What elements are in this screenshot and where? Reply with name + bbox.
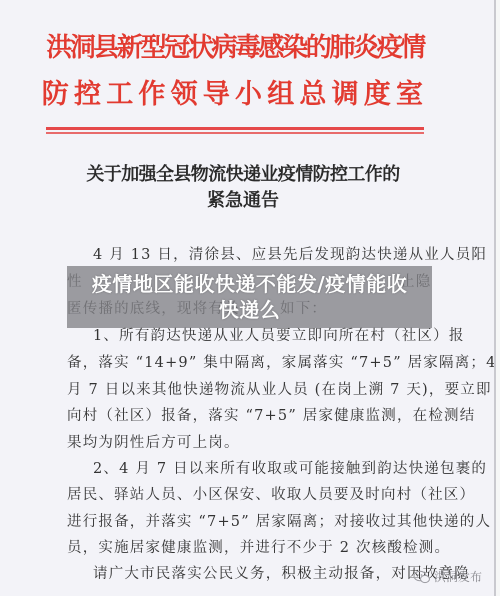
- notice-title-line2: 紧急通告: [0, 186, 486, 212]
- body-line: 向村（社区）报备，落实 “7+5” 居家健康监测，在检测结: [67, 404, 423, 425]
- body-line: 月 7 日以来其他快递物流从业人员 (在岗上溯 7 天)，要立即: [67, 378, 423, 399]
- wechat-icon: [413, 570, 431, 584]
- body-line: 2、4 月 7 日以来所有收取或可能接触到韵达快递包裹的: [93, 457, 423, 478]
- issuer-header-line1: 洪洞县新型冠状病毒感染的肺炎疫情: [0, 27, 470, 64]
- body-line: 员，实施居家健康监测，并进行不少于 2 次核酸检测。: [67, 536, 423, 557]
- overlay-title-line1: 疫情地区能收快递不能发/疫情能收: [67, 271, 432, 297]
- body-line: 果均为阴性后方可上岗。: [67, 431, 423, 452]
- red-divider-rule: [46, 127, 424, 134]
- body-line: 请广大市民落实公民义务，积极主动报备，对因故意隐: [93, 562, 423, 583]
- body-line: 居民、驿站人员、小区保安、收取人员要及时向村（社区）: [67, 483, 423, 504]
- red-rule-thin: [46, 132, 424, 134]
- watermark-label: 洪洞发布: [434, 568, 482, 585]
- page-margin: [496, 0, 500, 596]
- notice-title-line1: 关于加强全县物流快递业疫情防控工作的: [0, 160, 486, 186]
- article-title-overlay[interactable]: 疫情地区能收快递不能发/疫情能收 快递么: [67, 266, 432, 328]
- issuer-header-line2: 防控工作领导小组总调度室: [0, 72, 470, 111]
- source-watermark: 洪洞发布: [413, 568, 482, 585]
- body-line: 备，落实 “14+9” 集中隔离，家属落实 “7+5” 居家隔离；4: [67, 351, 423, 372]
- body-line: 4 月 13 日，清徐县、应县先后发现韵达快递从业人员阳: [93, 243, 423, 264]
- body-line: 进行报备，并落实 “7+5” 居家隔离；对接收过其他快递的人: [67, 510, 423, 531]
- overlay-title-line2: 快递么: [67, 297, 432, 323]
- red-rule-thick: [46, 127, 424, 130]
